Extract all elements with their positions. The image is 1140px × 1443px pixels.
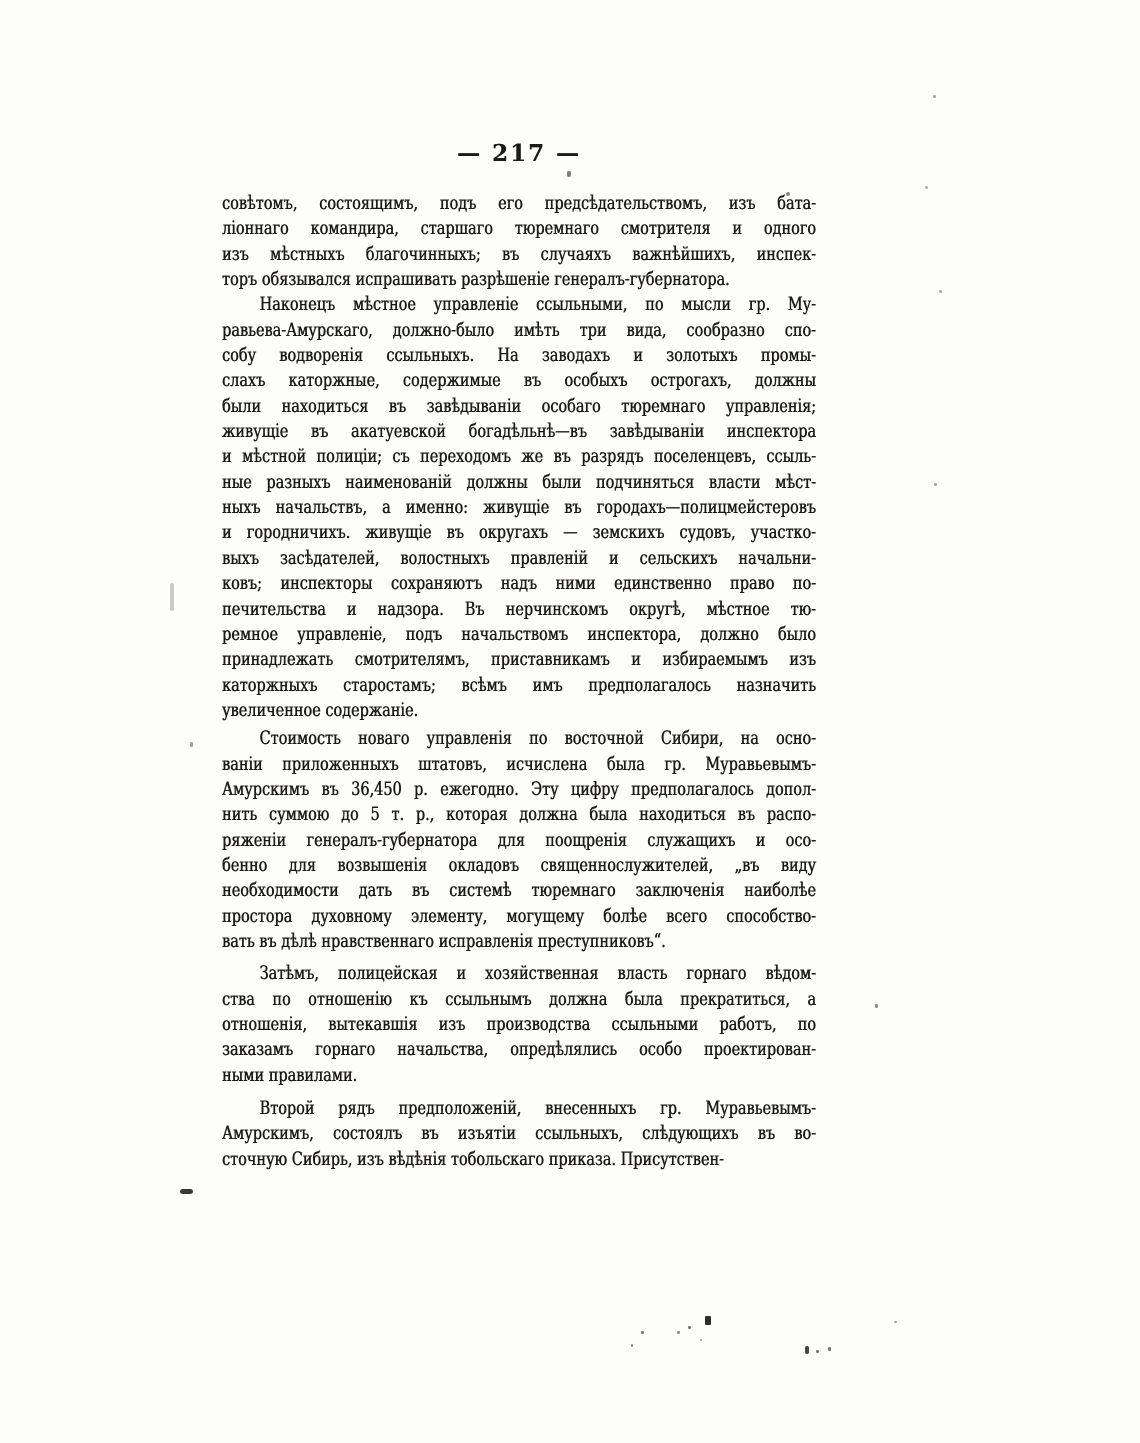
text-line: ства по отношенію къ ссыльнымъ должна бы… bbox=[222, 987, 816, 1012]
scan-speck bbox=[170, 583, 174, 611]
scan-speck bbox=[688, 1326, 691, 1329]
paragraph: Затѣмъ, полицейская и хозяйственная влас… bbox=[222, 961, 816, 1088]
scan-speck bbox=[816, 1350, 819, 1353]
text-line: увеличенное содержаніе. bbox=[222, 698, 816, 723]
text-line: необходимости дать въ системѣ тюремнаго … bbox=[222, 878, 816, 903]
text-line: сточную Сибирь, изъ вѣдѣнія тобольскаго … bbox=[222, 1147, 816, 1172]
text-line: принадлежать смотрителямъ, приставникамъ… bbox=[222, 647, 816, 672]
text-line: слахъ каторжные, содержимые въ особыхъ о… bbox=[222, 368, 816, 393]
text-line: живущіе въ акатуевской богадѣльнѣ—въ зав… bbox=[222, 419, 816, 444]
text-line: ліоннаго командира, старшаго тюремнаго с… bbox=[222, 216, 816, 241]
text-line: Амурскимъ въ 36,450 р. ежегодно. Эту циф… bbox=[222, 777, 816, 802]
book-page: — 217 — совѣтомъ, состоящимъ, подъ его п… bbox=[0, 0, 1140, 1443]
text-line: каторжныхъ старостамъ; всѣмъ имъ предпол… bbox=[222, 673, 816, 698]
scan-speck bbox=[190, 742, 193, 747]
scan-speck bbox=[933, 95, 936, 98]
text-line: нить суммою до 5 т. р., которая должна б… bbox=[222, 802, 816, 827]
text-line: Амурскимъ, состоялъ въ изъятіи ссыльныхъ… bbox=[222, 1121, 816, 1146]
text-line: совѣтомъ, состоящимъ, подъ его предсѣдат… bbox=[222, 191, 816, 216]
text-line: бенно для возвышенія окладовъ священносл… bbox=[222, 853, 816, 878]
scan-speck bbox=[805, 1346, 809, 1354]
text-line: и мѣстной полиціи; съ переходомъ же въ р… bbox=[222, 444, 816, 469]
text-line: печительства и надзора. Въ нерчинскомъ о… bbox=[222, 597, 816, 622]
text-line: ряженіи генералъ-губернатора для поощрен… bbox=[222, 828, 816, 853]
scan-speck bbox=[894, 1321, 897, 1323]
scan-speck bbox=[925, 186, 928, 189]
scan-speck bbox=[939, 290, 942, 293]
scan-speck bbox=[875, 1004, 878, 1008]
text-line: Стоимость новаго управленія по восточной… bbox=[222, 726, 816, 751]
text-line: выхъ засѣдателей, волостныхъ правленій и… bbox=[222, 546, 816, 571]
text-line: были находиться въ завѣдываніи особаго т… bbox=[222, 394, 816, 419]
paragraph: Наконецъ мѣстное управленіе ссыльными, п… bbox=[222, 292, 816, 723]
scan-speck bbox=[700, 1339, 702, 1341]
scan-speck bbox=[631, 1344, 633, 1347]
scan-speck bbox=[677, 1331, 680, 1334]
scan-speck bbox=[180, 1189, 193, 1194]
text-line: вать въ дѣлѣ нравственнаго исправленія п… bbox=[222, 929, 816, 954]
text-line: торъ обязывался испрашивать разрѣшеніе г… bbox=[222, 267, 816, 292]
text-line: Затѣмъ, полицейская и хозяйственная влас… bbox=[222, 961, 816, 986]
paragraph: совѣтомъ, состоящимъ, подъ его предсѣдат… bbox=[222, 191, 816, 292]
page-number: — 217 — bbox=[222, 140, 816, 167]
page-body-text: совѣтомъ, состоящимъ, подъ его предсѣдат… bbox=[222, 191, 816, 1172]
paragraph: Стоимость новаго управленія по восточной… bbox=[222, 726, 816, 954]
scan-speck bbox=[786, 192, 790, 196]
scan-speck bbox=[567, 171, 571, 177]
text-line: изъ мѣстныхъ благочинныхъ; въ случаяхъ в… bbox=[222, 242, 816, 267]
scan-speck bbox=[828, 1347, 831, 1351]
scan-speck bbox=[705, 1316, 711, 1325]
text-line: заказамъ горнаго начальства, опредѣлялис… bbox=[222, 1037, 816, 1062]
scan-speck bbox=[934, 483, 937, 486]
scan-speck bbox=[641, 1331, 644, 1334]
paragraph: Второй рядъ предположеній, внесенныхъ гр… bbox=[222, 1096, 816, 1172]
text-line: ваніи приложенныхъ штатовъ, исчислена бы… bbox=[222, 752, 816, 777]
text-line: и городничихъ. живущіе въ округахъ — зем… bbox=[222, 520, 816, 545]
text-line: Второй рядъ предположеній, внесенныхъ гр… bbox=[222, 1096, 816, 1121]
text-line: ные разныхъ наименованій должны были под… bbox=[222, 470, 816, 495]
text-line: Наконецъ мѣстное управленіе ссыльными, п… bbox=[222, 292, 816, 317]
text-line: ремное управленіе, подъ начальствомъ инс… bbox=[222, 622, 816, 647]
text-line: собу водворенія ссыльныхъ. На заводахъ и… bbox=[222, 343, 816, 368]
text-line: ныхъ начальствъ, а именно: живущіе въ го… bbox=[222, 495, 816, 520]
text-line: ными правилами. bbox=[222, 1063, 816, 1088]
text-line: равьева-Амурскаго, должно-было имѣть три… bbox=[222, 318, 816, 343]
text-line: простора духовному элементу, могущему бо… bbox=[222, 904, 816, 929]
text-line: ковъ; инспекторы сохраняютъ надъ ними ед… bbox=[222, 571, 816, 596]
text-line: отношенія, вытекавшія изъ производства с… bbox=[222, 1012, 816, 1037]
